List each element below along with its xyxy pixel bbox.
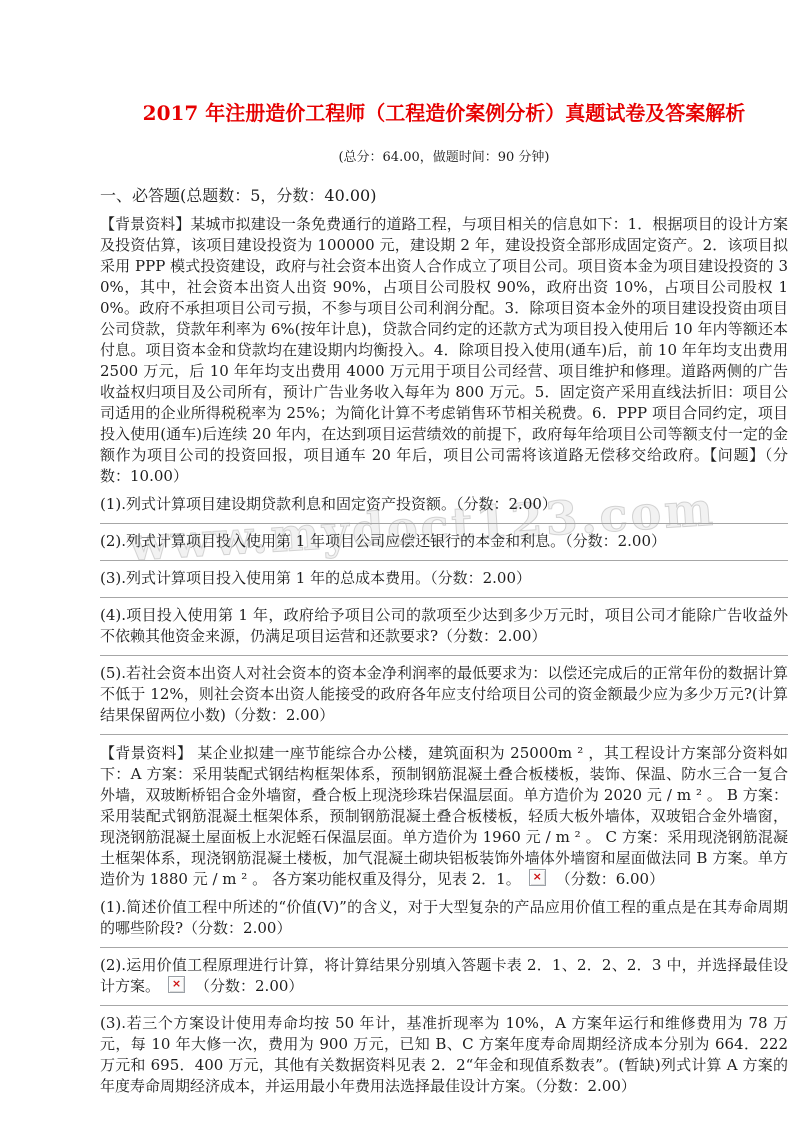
question-text: (2).列式计算项目投入使用第 1 年项目公司应偿还银行的本金和利息。（分数：2…	[100, 531, 788, 552]
case1-question-3: (3).列式计算项目投入使用第 1 年的总成本费用。（分数：2.00）	[100, 561, 788, 597]
case1-question-5: (5).若社会资本出资人对社会资本的资本金净利润率的最低要求为：以偿还完成后的正…	[100, 656, 788, 734]
question-text: (2).运用价值工程原理进行计算，将计算结果分别填入答题卡表 2．1、2．2、2…	[100, 955, 788, 997]
divider	[100, 734, 788, 735]
case2-background-text: 【背景资料】 某企业拟建一座节能综合办公楼，建筑面积为 25000m ² ，其工…	[100, 744, 788, 888]
question-text: (1).列式计算项目建设期贷款利息和固定资产投资额。（分数：2.00）	[100, 494, 788, 515]
case1-question-4: (4).项目投入使用第 1 年，政府给予项目公司的款项至少达到多少万元时，项目公…	[100, 598, 788, 655]
case1-question-1: (1).列式计算项目建设期贷款利息和固定资产投资额。（分数：2.00）	[100, 487, 788, 523]
case2-question-1: (1).简述价值工程中所述的“价值(V)”的含义，对于大型复杂的产品应用价值工程…	[100, 890, 788, 947]
question-text: (5).若社会资本出资人对社会资本的资本金净利润率的最低要求为：以偿还完成后的正…	[100, 663, 788, 726]
page-title: 2017 年注册造价工程师（工程造价案例分析）真题试卷及答案解析	[100, 100, 788, 126]
question-score: （分数：2.00）	[195, 977, 303, 995]
question-text: (4).项目投入使用第 1 年，政府给予项目公司的款项至少达到多少万元时，项目公…	[100, 605, 788, 647]
case2-question-3: (3).若三个方案设计使用寿命均按 50 年计，基准折现率为 10%，A 方案年…	[100, 1006, 788, 1105]
case2-background-paragraph: 【背景资料】 某企业拟建一座节能综合办公楼，建筑面积为 25000m ² ，其工…	[100, 743, 788, 890]
question-text: (1).简述价值工程中所述的“价值(V)”的含义，对于大型复杂的产品应用价值工程…	[100, 897, 788, 939]
section-heading: 一、必答题(总题数：5，分数：40.00)	[100, 183, 788, 206]
exam-score-time-summary: (总分：64.00，做题时间：90 分钟)	[100, 146, 788, 165]
case1-background-paragraph: 【背景资料】某城市拟建设一条免费通行的道路工程，与项目相关的信息如下：1．根据项…	[100, 214, 788, 487]
case2-question-2: (2).运用价值工程原理进行计算，将计算结果分别填入答题卡表 2．1、2．2、2…	[100, 948, 788, 1005]
broken-image-icon: ×	[529, 869, 546, 886]
document-content: 2017 年注册造价工程师（工程造价案例分析）真题试卷及答案解析 (总分：64.…	[0, 0, 800, 1105]
red-x-icon: ×	[169, 977, 184, 991]
red-x-icon: ×	[530, 870, 545, 884]
question-text: (3).若三个方案设计使用寿命均按 50 年计，基准折现率为 10%，A 方案年…	[100, 1013, 788, 1097]
question-text: (3).列式计算项目投入使用第 1 年的总成本费用。（分数：2.00）	[100, 568, 788, 589]
case1-background-text: 【背景资料】某城市拟建设一条免费通行的道路工程，与项目相关的信息如下：1．根据项…	[100, 215, 788, 464]
case2-background-score: （分数：6.00）	[556, 870, 664, 888]
case1-question-2: (2).列式计算项目投入使用第 1 年项目公司应偿还银行的本金和利息。（分数：2…	[100, 524, 788, 560]
broken-image-icon: ×	[168, 976, 185, 993]
document-page: www.mydoct123.com 2017 年注册造价工程师（工程造价案例分析…	[0, 0, 800, 1132]
